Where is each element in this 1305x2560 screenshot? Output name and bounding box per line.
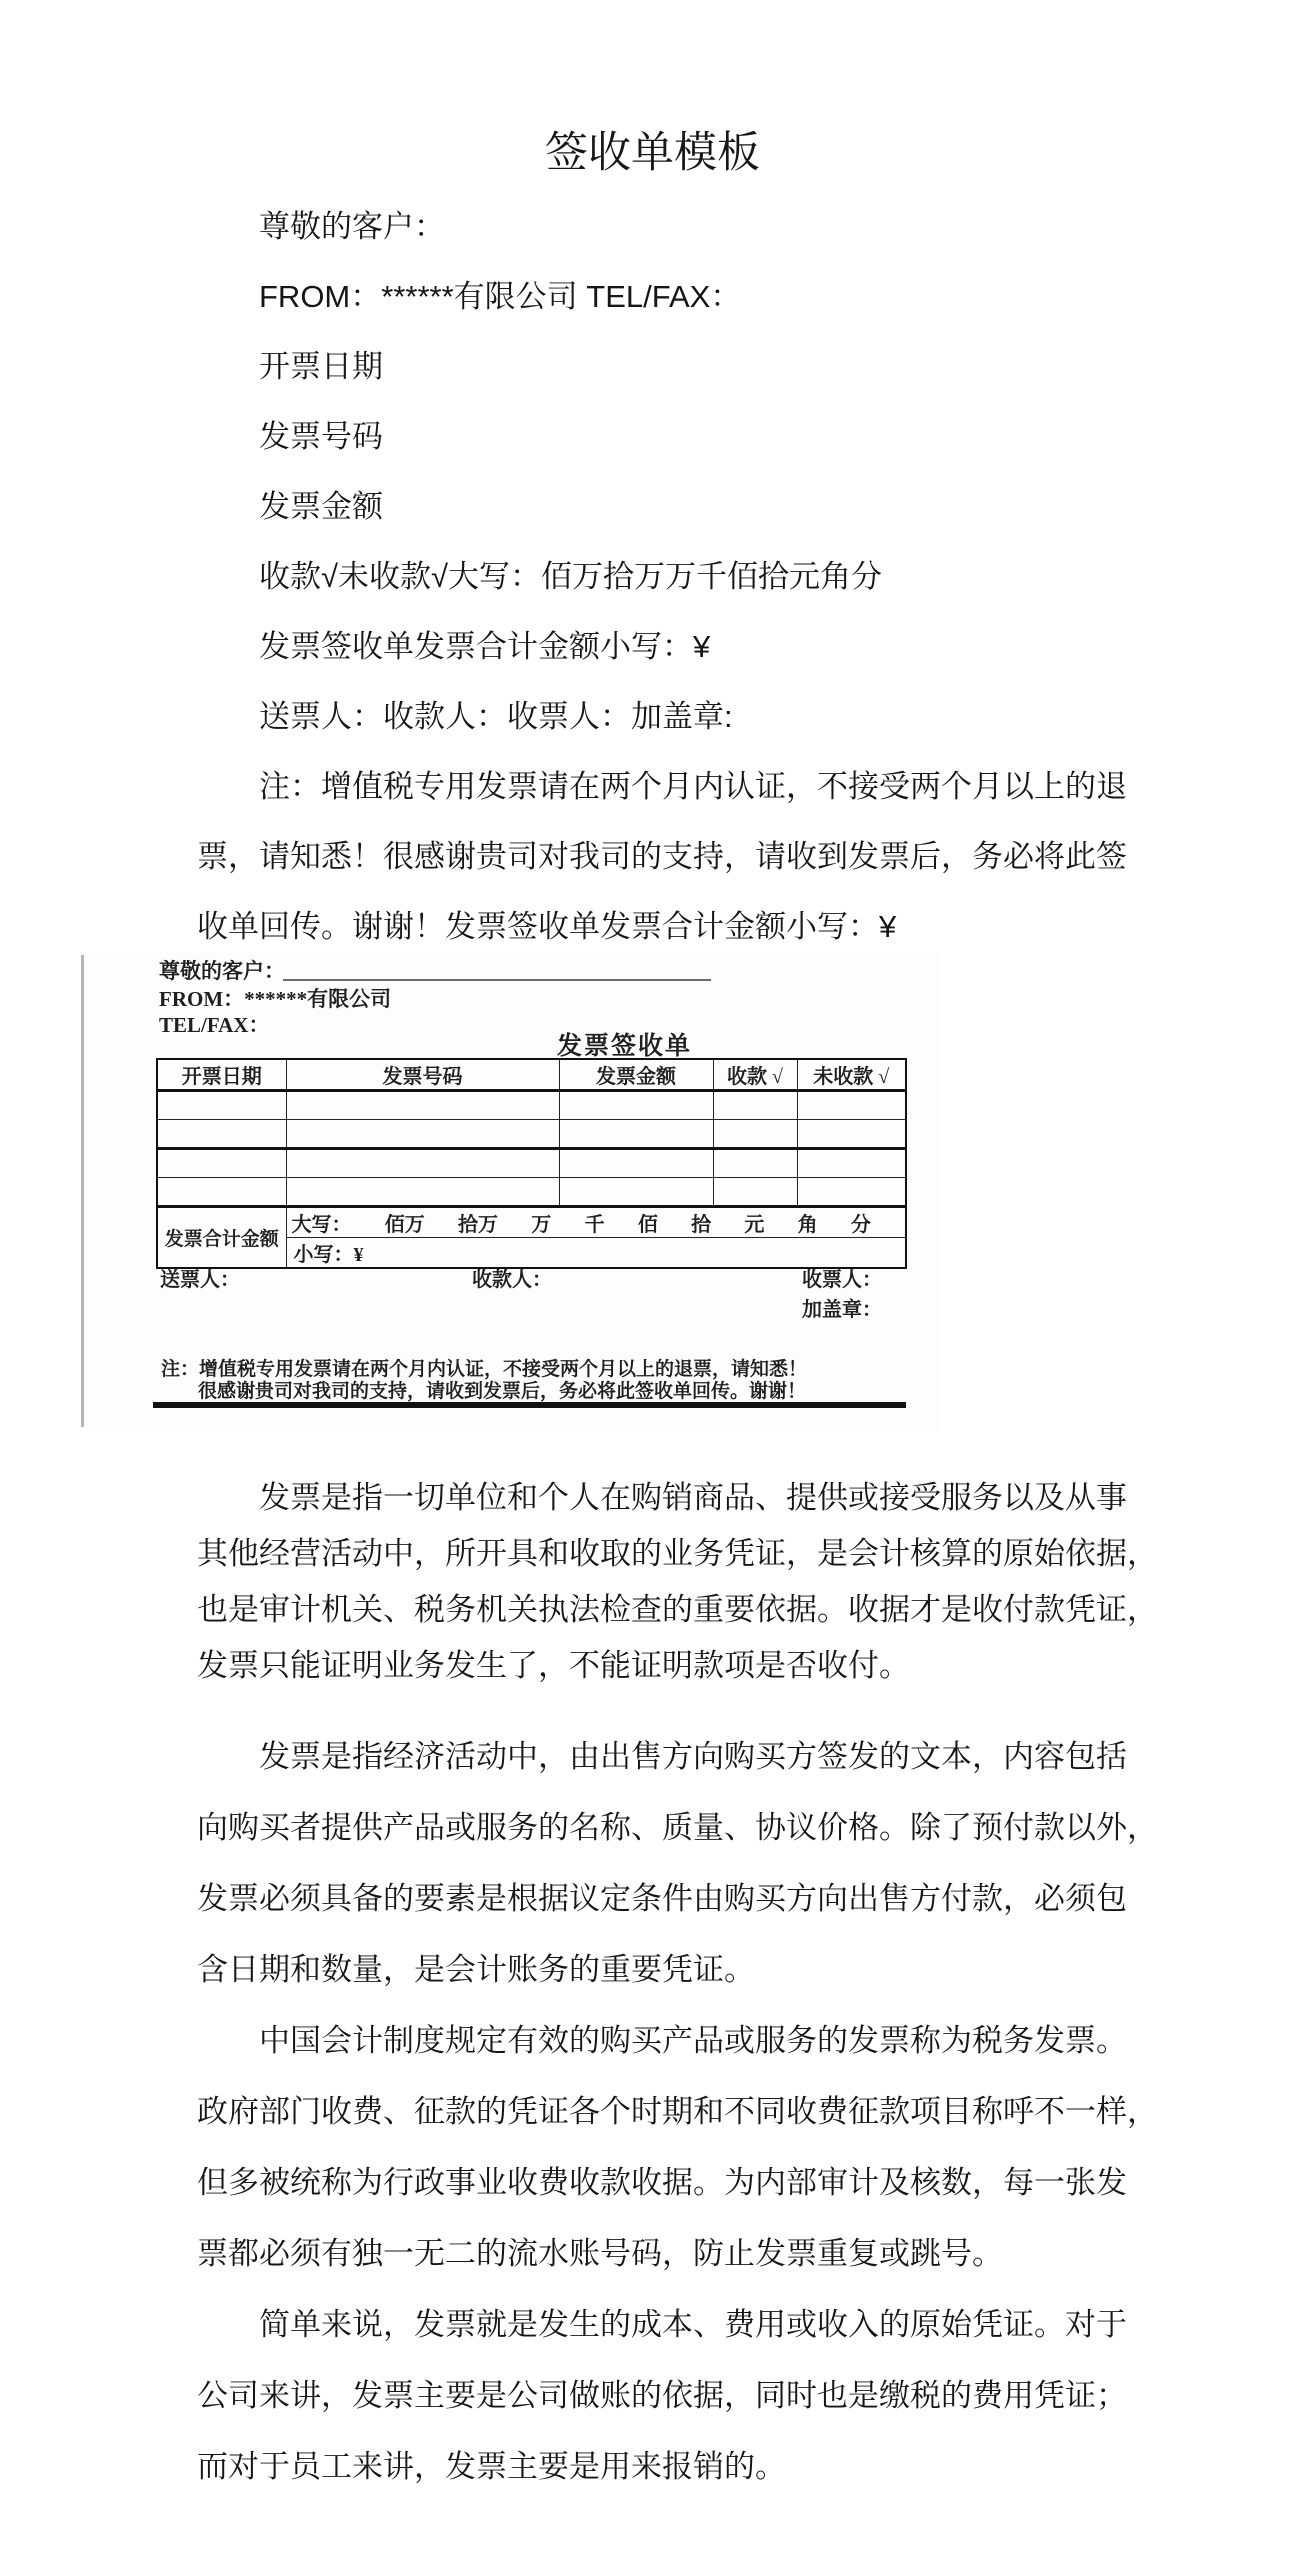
invoice-receipt-table: 开票日期 发票号码 发票金额 收款 √ 未收款 √: [156, 1058, 907, 1269]
empty-cell: [286, 1178, 559, 1207]
text-line: 尊敬的客户：: [197, 192, 1305, 262]
table-row: [157, 1091, 906, 1120]
col-header-invoice-date: 开票日期: [157, 1059, 286, 1091]
empty-cell: [286, 1149, 559, 1178]
amount-words-cell: 大写：佰万拾万万千佰拾元角分: [286, 1207, 906, 1238]
table-row: [157, 1149, 906, 1178]
salutation-underline: [283, 979, 711, 981]
bottom-thick-rule: [153, 1402, 906, 1408]
text-line: 发票金额: [197, 472, 1305, 542]
empty-cell: [559, 1149, 713, 1178]
text-line: FROM：******有限公司 TEL/FAX：: [197, 262, 1305, 332]
table-row: [157, 1178, 906, 1207]
text-line: 万: [531, 1208, 551, 1237]
empty-cell: [157, 1149, 286, 1178]
body-paragraph: 简单来说，发票就是发生的成本、费用或收入的原始凭证。对于公司来讲，发票主要是公司…: [197, 2289, 1305, 2502]
form-notes: 注：增值税专用发票请在两个月内认证，不接受两个月以上的退票，请知悉！很感谢贵司对…: [161, 1359, 807, 1403]
empty-cell: [157, 1120, 286, 1149]
text-line: 中国会计制度规定有效的购买产品或服务的发票称为税务发票。: [197, 2005, 1305, 2076]
empty-cell: [797, 1120, 906, 1149]
text-line: 公司来讲，发票主要是公司做账的依据，同时也是缴税的费用凭证；: [197, 2360, 1305, 2431]
empty-cell: [286, 1120, 559, 1149]
embedded-form-image: 尊敬的客户： FROM：******有限公司 TEL/FAX： 发票签收单 开票…: [81, 950, 941, 1432]
text-line: 送票人：收款人：收票人：加盖章:: [197, 682, 1305, 752]
text-line: 发票必须具备的要素是根据议定条件由购买方向出售方付款，必须包: [197, 1863, 1305, 1934]
body-paragraph: 发票是指一切单位和个人在购销商品、提供或接受服务以及从事其他经营活动中，所开具和…: [197, 1470, 1305, 1694]
empty-cell: [797, 1091, 906, 1120]
empty-cell: [559, 1178, 713, 1207]
intro-section: 尊敬的客户： FROM：******有限公司 TEL/FAX： 开票日期 发票号…: [197, 192, 1305, 962]
text-line: 很感谢贵司对我司的支持，请收到发票后，务必将此签收单回传。谢谢！: [198, 1381, 807, 1403]
form-seal-label: 加盖章：: [802, 1293, 882, 1322]
text-line: 简单来说，发票就是发生的成本、费用或收入的原始凭证。对于: [197, 2289, 1305, 2360]
empty-cell: [797, 1149, 906, 1178]
text-line: 而对于员工来讲，发票主要是用来报销的。: [197, 2431, 1305, 2502]
text-line: 发票只能证明业务发生了，不能证明款项是否收付。: [197, 1638, 1305, 1694]
form-payee-label: 收款人：: [472, 1263, 552, 1292]
form-title: 发票签收单: [557, 1026, 692, 1062]
text-line: 发票是指经济活动中，由出售方向购买方签发的文本，内容包括: [197, 1721, 1305, 1792]
table-row: [157, 1120, 906, 1149]
amount-words-row: 发票合计金额 大写：佰万拾万万千佰拾元角分: [157, 1207, 906, 1238]
text-line: 拾: [691, 1208, 711, 1237]
empty-cell: [157, 1178, 286, 1207]
text-line: 也是审计机关、税务机关执法检查的重要依据。收据才是收付款凭证，: [197, 1582, 1305, 1638]
text-line: 角: [798, 1208, 818, 1237]
text-line: 发票号码: [197, 402, 1305, 472]
text-line: 含日期和数量，是会计账务的重要凭证。: [197, 1934, 1305, 2005]
empty-cell: [157, 1091, 286, 1120]
text-line: 票，请知悉！很感谢贵司对我司的支持，请收到发票后，务必将此签: [197, 822, 1305, 892]
total-amount-label: 发票合计金额: [157, 1207, 286, 1269]
text-line: 分: [851, 1208, 871, 1237]
text-line: 佰万: [385, 1208, 425, 1237]
body-paragraph: 中国会计制度规定有效的购买产品或服务的发票称为税务发票。政府部门收费、征款的凭证…: [197, 2005, 1305, 2289]
text-line: 拾万: [458, 1208, 498, 1237]
empty-cell: [559, 1091, 713, 1120]
body-section: 发票是指一切单位和个人在购销商品、提供或接受服务以及从事其他经营活动中，所开具和…: [197, 1470, 1305, 2502]
text-line: 收款√未收款√大写：佰万拾万万千佰拾元角分: [197, 542, 1305, 612]
page-title: 签收单模板: [0, 0, 1305, 184]
left-gray-rule: [81, 955, 84, 1427]
text-line: 佰: [638, 1208, 658, 1237]
empty-cell: [713, 1149, 797, 1178]
text-line: 大写：: [292, 1208, 352, 1237]
text-line: 千: [585, 1208, 605, 1237]
text-line: 但多被统称为行政事业收费收款收据。为内部审计及核数，每一张发: [197, 2147, 1305, 2218]
text-line: 向购买者提供产品或服务的名称、质量、协议价格。除了预付款以外，: [197, 1792, 1305, 1863]
col-header-invoice-amount: 发票金额: [559, 1059, 713, 1091]
empty-cell: [797, 1178, 906, 1207]
table-header-row: 开票日期 发票号码 发票金额 收款 √ 未收款 √: [157, 1059, 906, 1091]
empty-cell: [559, 1120, 713, 1149]
form-receiver-label: 收票人：: [802, 1263, 882, 1292]
text-line: 注：增值税专用发票请在两个月内认证，不接受两个月以上的退: [197, 752, 1305, 822]
text-line: 票都必须有独一无二的流水账号码，防止发票重复或跳号。: [197, 2218, 1305, 2289]
body-paragraph: 发票是指经济活动中，由出售方向购买方签发的文本，内容包括向购买者提供产品或服务的…: [197, 1721, 1305, 2005]
empty-cell: [713, 1178, 797, 1207]
empty-cell: [286, 1091, 559, 1120]
text-line: 元: [744, 1208, 764, 1237]
col-header-received: 收款 √: [713, 1059, 797, 1091]
col-header-invoice-number: 发票号码: [286, 1059, 559, 1091]
text-line: 注：增值税专用发票请在两个月内认证，不接受两个月以上的退票，请知悉！: [161, 1359, 807, 1381]
form-telfax-line: TEL/FAX：: [159, 1009, 269, 1039]
col-header-not-received: 未收款 √: [797, 1059, 906, 1091]
form-salutation: 尊敬的客户：: [159, 955, 285, 985]
text-line: 发票签收单发票合计金额小写：¥: [197, 612, 1305, 682]
amount-words-units: 大写：佰万拾万万千佰拾元角分: [287, 1208, 906, 1237]
text-line: 政府部门收费、征款的凭证各个时期和不同收费征款项目称呼不一样，: [197, 2076, 1305, 2147]
form-deliverer-label: 送票人：: [160, 1263, 240, 1292]
empty-cell: [713, 1120, 797, 1149]
document-page: 签收单模板 尊敬的客户： FROM：******有限公司 TEL/FAX： 开票…: [0, 0, 1305, 2560]
text-line: 开票日期: [197, 332, 1305, 402]
text-line: 其他经营活动中，所开具和收取的业务凭证，是会计核算的原始依据，: [197, 1526, 1305, 1582]
empty-cell: [713, 1091, 797, 1120]
text-line: 发票是指一切单位和个人在购销商品、提供或接受服务以及从事: [197, 1470, 1305, 1526]
